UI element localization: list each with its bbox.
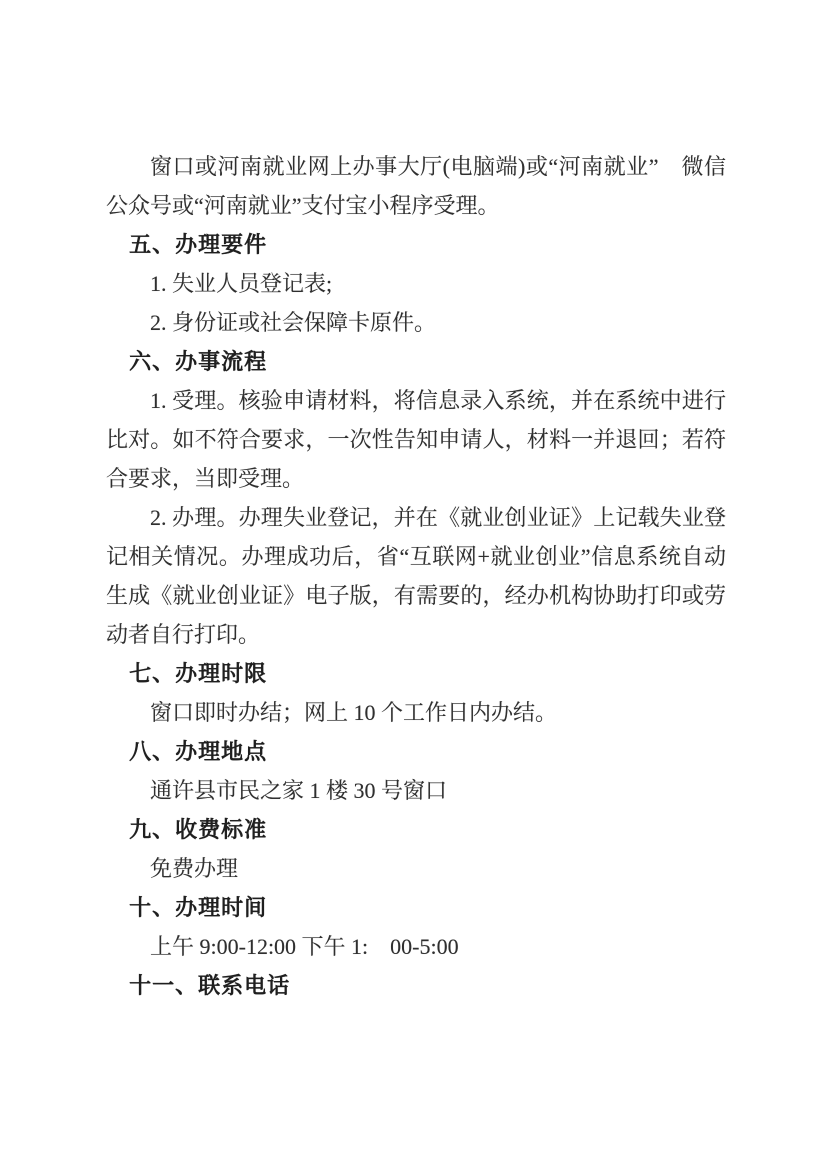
section-hours-heading: 十、办理时间 — [106, 888, 726, 927]
document-body: 窗口或河南就业网上办事大厅(电脑端)或“河南就业” 微信公众号或“河南就业”支付… — [106, 147, 726, 1005]
section-contact-heading: 十一、联系电话 — [106, 966, 726, 1005]
document-page: 窗口或河南就业网上办事大厅(电脑端)或“河南就业” 微信公众号或“河南就业”支付… — [0, 0, 826, 1168]
section-requirements: 五、办理要件 1. 失业人员登记表; 2. 身份证或社会保障卡原件。 — [106, 225, 726, 342]
section-requirements-heading: 五、办理要件 — [106, 225, 726, 264]
process-step-2: 2. 办理。办理失业登记，并在《就业创业证》上记载失业登记相关情况。办理成功后，… — [106, 498, 726, 654]
section-time-limit: 七、办理时限 窗口即时办结；网上 10 个工作日内办结。 — [106, 654, 726, 732]
section-process-heading: 六、办事流程 — [106, 342, 726, 381]
requirements-item-2: 2. 身份证或社会保障卡原件。 — [106, 303, 726, 342]
hours-text: 上午 9:00-12:00 下午 1: 00-5:00 — [106, 927, 726, 966]
intro-paragraph: 窗口或河南就业网上办事大厅(电脑端)或“河南就业” 微信公众号或“河南就业”支付… — [106, 147, 726, 225]
section-hours: 十、办理时间 上午 9:00-12:00 下午 1: 00-5:00 — [106, 888, 726, 966]
requirements-item-1: 1. 失业人员登记表; — [106, 264, 726, 303]
section-fees: 九、收费标准 免费办理 — [106, 810, 726, 888]
section-location-heading: 八、办理地点 — [106, 732, 726, 771]
section-process: 六、办事流程 1. 受理。核验申请材料，将信息录入系统，并在系统中进行比对。如不… — [106, 342, 726, 654]
section-fees-heading: 九、收费标准 — [106, 810, 726, 849]
location-text: 通许县市民之家 1 楼 30 号窗口 — [106, 771, 726, 810]
section-time-limit-heading: 七、办理时限 — [106, 654, 726, 693]
time-limit-text: 窗口即时办结；网上 10 个工作日内办结。 — [106, 693, 726, 732]
section-location: 八、办理地点 通许县市民之家 1 楼 30 号窗口 — [106, 732, 726, 810]
fees-text: 免费办理 — [106, 849, 726, 888]
section-contact: 十一、联系电话 — [106, 966, 726, 1005]
process-step-1: 1. 受理。核验申请材料，将信息录入系统，并在系统中进行比对。如不符合要求，一次… — [106, 381, 726, 498]
